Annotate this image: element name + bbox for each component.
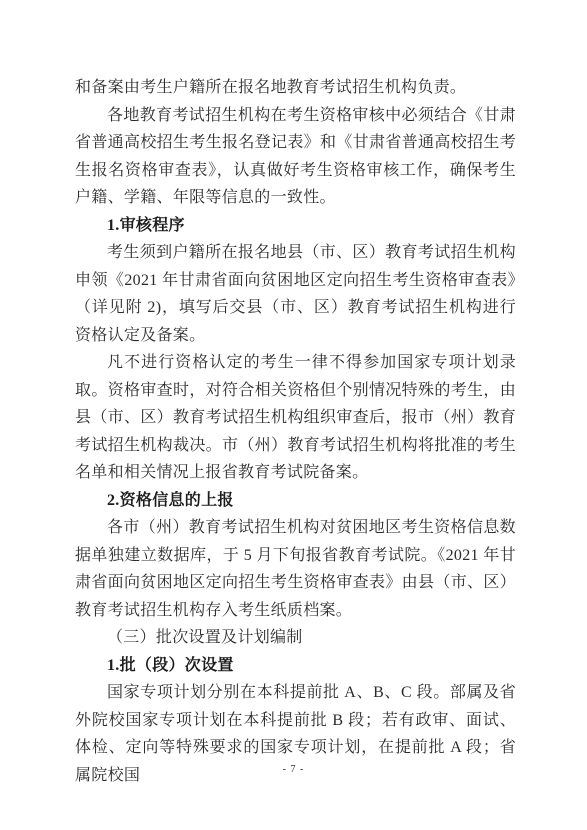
page-number: - 7 - [0, 764, 587, 775]
document-content: 和备案由考生户籍所在报名地教育考试招生机构负责。 各地教育考试招生机构在考生资格… [75, 74, 516, 789]
paragraph-qualification-confirmation: 凡不进行资格认定的考生一律不得参加国家专项计划录取。资格审查时，对符合相关资格但… [75, 349, 516, 487]
heading-review-procedure: 1.审核程序 [75, 212, 516, 240]
heading-batch-setup-plan: （三）批次设置及计划编制 [75, 624, 516, 652]
heading-qualification-info-report: 2.资格信息的上报 [75, 487, 516, 515]
paragraph-application-form: 考生须到户籍所在报名地县（市、区）教育考试招生机构申领《2021 年甘肃省面向贫… [75, 239, 516, 349]
paragraph-qualification-review: 各地教育考试招生机构在考生资格审核中必须结合《甘肃省普通高校招生考生报名登记表》… [75, 102, 516, 212]
paragraph-continuation: 和备案由考生户籍所在报名地教育考试招生机构负责。 [75, 74, 516, 102]
heading-batch-stage-setup: 1.批（段）次设置 [75, 652, 516, 680]
paragraph-data-report: 各市（州）教育考试招生机构对贫困地区考生资格信息数据单独建立数据库，于 5 月下… [75, 514, 516, 624]
document-page: 和备案由考生户籍所在报名地教育考试招生机构负责。 各地教育考试招生机构在考生资格… [0, 0, 587, 830]
